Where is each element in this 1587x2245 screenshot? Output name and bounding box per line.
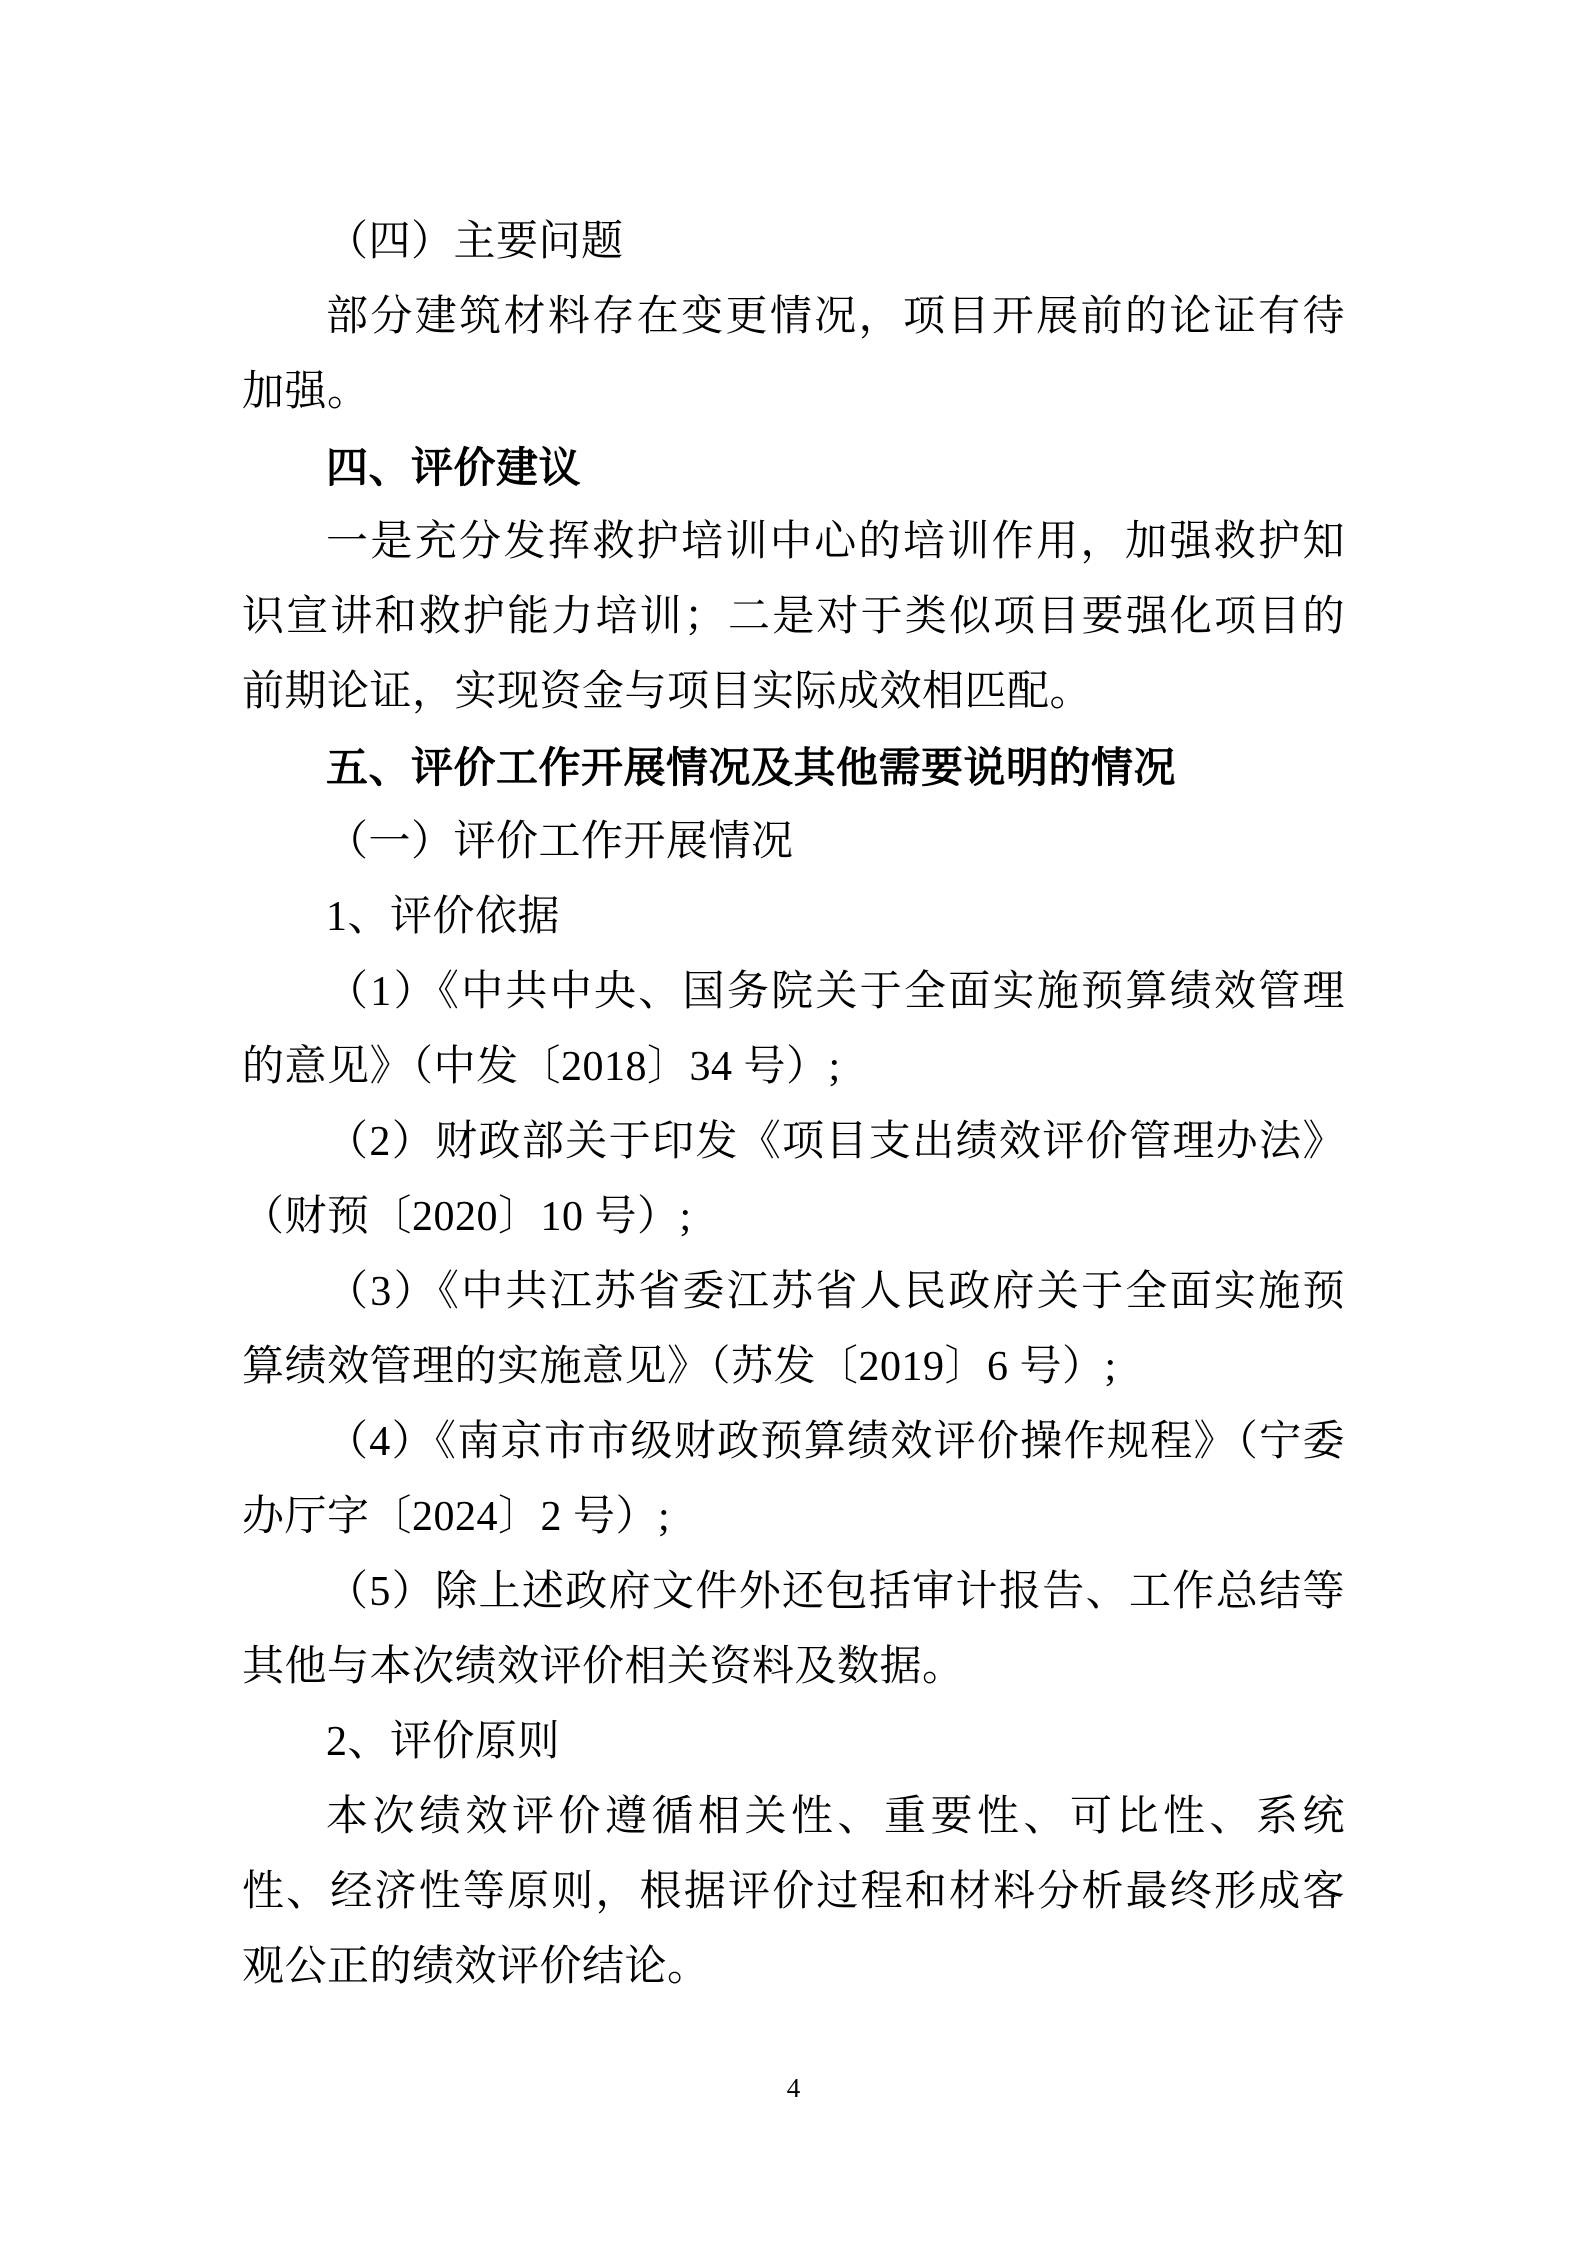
- paragraph-basis-item-1: （1）《中共中央、国务院关于全面实施预算绩效管理的意见》（中发〔2018〕34 …: [242, 955, 1345, 1105]
- paragraph-basis-item-4: （4）《南京市市级财政预算绩效评价操作规程》（宁委办厅字〔2024〕2 号）;: [242, 1405, 1345, 1555]
- heading-evaluation-work: 五、评价工作开展情况及其他需要说明的情况: [242, 730, 1345, 805]
- heading-evaluation-suggestions: 四、评价建议: [242, 430, 1345, 505]
- paragraph-principles-detail: 本次绩效评价遵循相关性、重要性、可比性、系统性、经济性等原则，根据评价过程和材料…: [242, 1780, 1345, 2005]
- paragraph-basis-item-2: （2）财政部关于印发《项目支出绩效评价管理办法》（财预〔2020〕10 号）;: [242, 1105, 1345, 1255]
- document-page: （四）主要问题 部分建筑材料存在变更情况，项目开展前的论证有待加强。 四、评价建…: [0, 0, 1587, 2245]
- paragraph-basis-item-5: （5）除上述政府文件外还包括审计报告、工作总结等其他与本次绩效评价相关资料及数据…: [242, 1555, 1345, 1705]
- subheading-main-problems: （四）主要问题: [242, 205, 1345, 280]
- paragraph-basis-item-3: （3）《中共江苏省委江苏省人民政府关于全面实施预算绩效管理的实施意见》（苏发〔2…: [242, 1255, 1345, 1405]
- subheading-evaluation-basis: 1、评价依据: [242, 880, 1345, 955]
- paragraph-problems-detail: 部分建筑材料存在变更情况，项目开展前的论证有待加强。: [242, 280, 1345, 430]
- document-body: （四）主要问题 部分建筑材料存在变更情况，项目开展前的论证有待加强。 四、评价建…: [242, 205, 1345, 2005]
- paragraph-suggestions-detail: 一是充分发挥救护培训中心的培训作用，加强救护知识宣讲和救护能力培训；二是对于类似…: [242, 505, 1345, 730]
- page-number: 4: [0, 2072, 1587, 2104]
- subheading-evaluation-principles: 2、评价原则: [242, 1705, 1345, 1780]
- subheading-work-progress: （一）评价工作开展情况: [242, 805, 1345, 880]
